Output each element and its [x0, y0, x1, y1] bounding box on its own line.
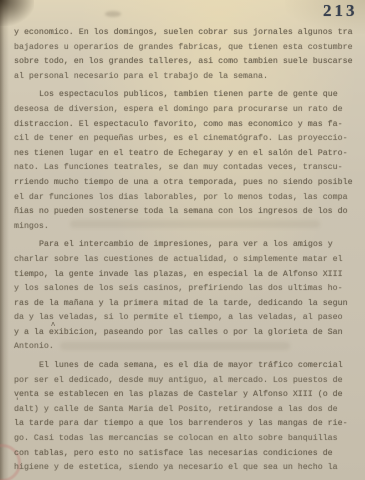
text-line: por ser el dedicado, desde muy antiguo, … — [14, 374, 360, 389]
text-line: y a la exibicion, paseando por las calle… — [14, 326, 360, 341]
text-line: el dar funciones los dias laborables, po… — [14, 191, 360, 206]
text-line: dalt) y calle de Santa Maria del Posito,… — [14, 403, 360, 418]
text-line: la tarde para dar tiempo a que los barre… — [14, 417, 360, 432]
text-line: con tablas, pero esto no satisface las n… — [14, 447, 360, 462]
text-line: higiene y de estetica, siendo ya necesar… — [14, 461, 360, 476]
text-line: ras de la mañana y la primera mitad de l… — [14, 297, 360, 312]
text-line: sobre todo, en los grandes talleres, asi… — [14, 55, 360, 70]
scan-edge-shadow — [0, 0, 9, 480]
text-line: nes tienen lugar en el teatro de Echegar… — [14, 147, 360, 162]
text-line: tiempo, la gente invade las plazas, en e… — [14, 268, 360, 283]
text-line: Los espectaculos publicos, tambien tiene… — [14, 88, 360, 103]
handwritten-apostrophe-mark: ' — [16, 398, 18, 407]
scan-corner-shadow — [0, 0, 34, 26]
text-line: bajadores u operarios de grandes fabrica… — [14, 41, 360, 56]
text-line: cil de tener en pequeñas urbes, es el ci… — [14, 132, 360, 147]
paragraph: Para el intercambio de impresiones, para… — [14, 238, 360, 355]
page-number: 213 — [323, 1, 358, 21]
text-line: y economico. En los domingos, suelen cob… — [14, 26, 360, 41]
text-line: go. Casi todas las mercancias se colocan… — [14, 432, 360, 447]
text-line: deseosa de diversion, espera el domingo … — [14, 103, 360, 118]
text-line: El lunes de cada semana, es el dia de ma… — [14, 359, 360, 374]
text-line: y los salones de los seis casinos, prefi… — [14, 282, 360, 297]
text-line: Antonio. — [14, 340, 360, 355]
handwritten-caret-mark: ʌ — [51, 321, 55, 328]
text-line: venta se establecen en las plazas de Cas… — [14, 388, 360, 403]
text-line: nato. Las funciones teatrales, se dan mu… — [14, 161, 360, 176]
text-line: Para el intercambio de impresiones, para… — [14, 238, 360, 253]
text-line: distraccion. El espectaculo favorito, co… — [14, 118, 360, 133]
text-line: mingos. — [14, 220, 360, 235]
scanned-document-page: 213 y economico. En los domingos, suelen… — [0, 0, 365, 480]
text-line: charlar sobre las cuestiones de actualid… — [14, 253, 360, 268]
paragraph: Los espectaculos publicos, tambien tiene… — [14, 88, 360, 234]
paragraph: y economico. En los domingos, suelen cob… — [14, 26, 360, 84]
typewritten-text: y economico. En los domingos, suelen cob… — [14, 26, 360, 476]
text-line: ñias no pueden sostenerse toda la semana… — [14, 205, 360, 220]
text-line: da y las veladas, si lo permite el tiemp… — [14, 311, 360, 326]
text-line: rriendo mucho tiempo de una a otra tempo… — [14, 176, 360, 191]
paragraph: El lunes de cada semana, es el dia de ma… — [14, 359, 360, 476]
text-line: al personal necesario para el trabajo de… — [14, 70, 360, 85]
paper-smudge — [105, 11, 121, 17]
